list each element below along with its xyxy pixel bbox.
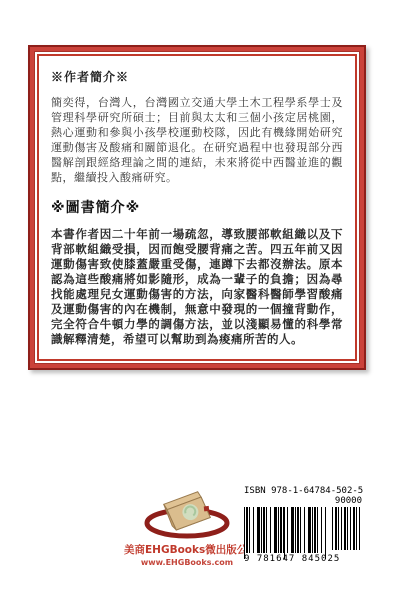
blurb-content: ※作者簡介※ 簡奕得，台灣人，台灣國立交通大學土木工程學系學士及管理科學研究所碩…	[37, 54, 357, 361]
publisher-website: www.EHGBooks.com	[124, 558, 250, 567]
author-intro-text: 簡奕得，台灣人，台灣國立交通大學土木工程學系學士及管理科學研究所碩士；目前與太太…	[51, 95, 343, 185]
publisher-name: 美商EHGBooks微出版公司	[124, 542, 250, 557]
blurb-frame: ※作者簡介※ 簡奕得，台灣人，台灣國立交通大學土木工程學系學士及管理科學研究所碩…	[28, 45, 366, 370]
barcode-digits: 9 781647 845025	[244, 554, 366, 564]
barcode-bars-supplement	[332, 507, 362, 550]
barcode-bars-main	[244, 507, 326, 553]
author-intro-heading: ※作者簡介※	[51, 68, 343, 85]
barcode-price-code: 90000	[244, 496, 362, 506]
book-intro-heading: ※圖書簡介※	[51, 197, 343, 217]
isbn-label: ISBN 978-1-64784-502-5	[244, 486, 366, 496]
publisher-book-logo-icon	[139, 487, 235, 541]
book-back-cover: ※作者簡介※ 簡奕得，台灣人，台灣國立交通大學土木工程學系學士及管理科學研究所碩…	[0, 0, 395, 593]
book-intro-text: 本書作者因二十年前一場疏忽，導致腰部軟組織以及下背部軟組織受損，因而飽受腰背痛之…	[51, 227, 343, 347]
isbn-barcode: ISBN 978-1-64784-502-5 90000 9 781647 84…	[244, 486, 366, 564]
publisher-block: 美商EHGBooks微出版公司 www.EHGBooks.com	[124, 487, 250, 567]
